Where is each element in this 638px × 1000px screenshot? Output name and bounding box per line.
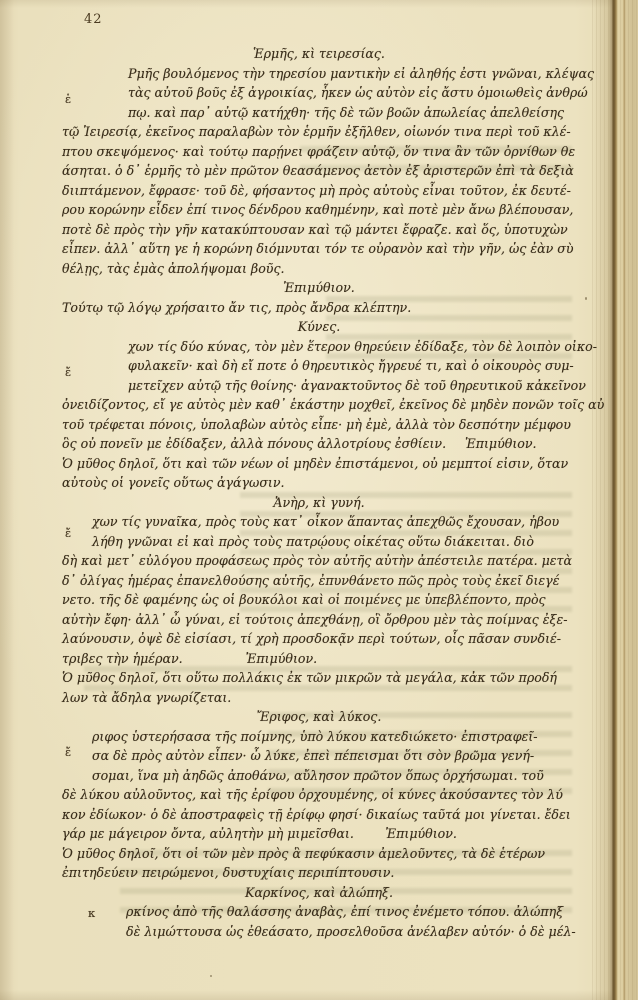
page-number: 42	[84, 12, 103, 27]
text-line: αὐτοὺς οἱ γονεῖς οὕτως ἀγάγωσιν.	[62, 473, 576, 493]
rubrication-guide-letter: ἔ	[65, 743, 71, 763]
text-line: Ρμῆς βουλόμενος τὴν τηρεσίου μαντικὴν εἰ…	[62, 64, 576, 84]
fable-paragraph-2: ἔχων τίς δύο κύνας, τὸν μὲν ἕτερον θηρεύ…	[62, 337, 576, 493]
text-line: διιπτάμενον, ἔφρασε· τοῦ δὲ, φήσαντος μὴ…	[62, 181, 576, 201]
ink-speck	[210, 975, 212, 977]
text-line: ὃς οὐ πονεῖν με ἐδίδαξεν, ἀλλὰ πόνους ἀλ…	[62, 434, 576, 454]
text-line: φυλακεῖν· καὶ δὴ εἴ ποτε ὁ θηρευτικὸς ἤγ…	[62, 356, 576, 376]
text-line: Ὁ μῦθος δηλοῖ, ὅτι οὕτω πολλάκις ἐκ τῶν …	[62, 668, 576, 688]
fable-title-hermes-teiresias: Ἑρμῆς, κὶ τειρεσίας.	[62, 44, 576, 64]
fable-paragraph-4: ἔριφος ὑστερήσασα τῆς ποίμνης, ὑπὸ λύκου…	[62, 727, 576, 883]
text-line: δ᾽ ὀλίγας ἡμέρας ἐπανελθούσης αὐτῆς, ἐπυ…	[62, 571, 576, 591]
book-fore-edge	[592, 0, 638, 1000]
text-line: σομαι, ἵνα μὴ ἀηδῶς ἀποθάνω, αὔλησον πρῶ…	[62, 766, 576, 786]
text-line: ποτὲ δὲ πρὸς τὴν γῆν κατακύπτουσαν καὶ τ…	[62, 220, 576, 240]
text-line: εἶπεν. ἀλλ᾽ αὕτη γε ἡ κορώνη διόμνυται τ…	[62, 239, 576, 259]
fable-title-crab-and-fox: Καρκίνος, καὶ ἀλώπηξ.	[62, 883, 576, 903]
text-line: ἐπιτηδεύειν πειρώμενοι, δυστυχίαις περιπ…	[62, 863, 576, 883]
text-line: πτου σκεψόμενος· καὶ τούτῳ παρῄνει φράζε…	[62, 142, 576, 162]
fable-title-kid-and-wolf: Ἔριφος, καὶ λύκος.	[62, 707, 576, 727]
text-line: τῷ Ἰειρεσίᾳ, ἐκεῖνος παραλαβὼν τὸν ἑρμῆν…	[62, 122, 576, 142]
text-line: σα δὲ πρὸς αὐτὸν εἶπεν· ὦ λύκε, ἐπεὶ πέπ…	[62, 746, 576, 766]
text-line: τὰς αὐτοῦ βοῦς ἐξ ἀγροικίας, ἧκεν ὡς αὐτ…	[62, 83, 576, 103]
text-line: ὀνειδίζοντος, εἴ γε αὐτὸς μὲν καθ᾽ ἑκάστ…	[62, 395, 576, 415]
text-line: ριφος ὑστερήσασα τῆς ποίμνης, ὑπὸ λύκου …	[62, 727, 576, 747]
text-line: θέλῃς, τὰς ἐμὰς ἀπολήψομαι βοῦς.	[62, 259, 576, 279]
text-line: Ὁ μῦθος δηλοῖ, ὅτι οἱ τῶν μὲν πρὸς ἃ πεφ…	[62, 844, 576, 864]
rubrication-guide-letter: ἑ	[65, 90, 71, 110]
book-page-scan: 42 Ἑρμῆς, κὶ τειρεσίας.ἑΡμῆς βουλόμενος …	[0, 0, 638, 1000]
epimythion-heading: Ἐπιμύθιον.	[62, 278, 576, 298]
text-line: νετο. τῆς δὲ φαμένης ὡς οἱ βουκόλοι καὶ …	[62, 590, 576, 610]
rubrication-guide-letter: ἔ	[65, 363, 71, 383]
text-line: Ὁ μῦθος δηλοῖ, ὅτι καὶ τῶν νέων οἱ μηδὲν…	[62, 454, 576, 474]
text-line: δὲ λύκου αὐλοῦντος, καὶ τῆς ἐρίφου ὀρχου…	[62, 785, 576, 805]
page-top-edge-shadow	[0, 0, 638, 8]
text-line: λων τὰ ἄδηλα γνωρίζεται.	[62, 688, 576, 708]
text-line: μετεῖχεν αὐτῷ τῆς θοίνης· ἀγανακτοῦντος …	[62, 376, 576, 396]
moral-line: Τούτῳ τῷ λόγῳ χρήσαιτο ἄν τις, πρὸς ἄνδρ…	[62, 298, 576, 318]
page-bottom-edge-shadow	[0, 990, 638, 1000]
text-line: δὲ λιμώττουσα ὡς ἐθεάσατο, προσελθοῦσα ἀ…	[62, 922, 576, 942]
fable-paragraph-5: κρκίνος ἀπὸ τῆς θαλάσσης ἀναβὰς, ἐπί τιν…	[62, 902, 576, 941]
text-line: ρκίνος ἀπὸ τῆς θαλάσσης ἀναβὰς, ἐπί τινο…	[62, 902, 576, 922]
text-line: αὐτὴν ἔφη· ἀλλ᾽ ὦ γύναι, εἰ τούτοις ἀπεχ…	[62, 610, 576, 630]
text-line: άσηται. ὁ δ᾽ ἑρμῆς τὸ μὲν πρῶτον θεασάμε…	[62, 161, 576, 181]
fable-title-dogs: Κύνες.	[62, 317, 576, 337]
fable-title-man-and-wife: Ἀνὴρ, κὶ γυνή.	[62, 493, 576, 513]
text-line: λήθη γνῶναι εἰ καὶ πρὸς τοὺς πατρῴους οἰ…	[62, 532, 576, 552]
fable-paragraph-1: ἑΡμῆς βουλόμενος τὴν τηρεσίου μαντικὴν ε…	[62, 64, 576, 279]
text-block: Ἑρμῆς, κὶ τειρεσίας.ἑΡμῆς βουλόμενος τὴν…	[62, 44, 576, 941]
text-line: γάρ με μάγειρον ὄντα, αὐλητὴν μὴ μιμεῖσθ…	[62, 824, 576, 844]
rubrication-guide-letter: κ	[88, 904, 95, 924]
text-line: χων τίς γυναῖκα, πρὸς τοὺς κατ᾽ οἶκον ἅπ…	[62, 512, 576, 532]
text-line: δὴ καὶ μετ᾽ εὐλόγου προφάσεως πρὸς τὸν α…	[62, 551, 576, 571]
text-line: τριβες τὴν ἡμέραν. Ἐπιμύθιον.	[62, 649, 576, 669]
rubrication-guide-letter: ἔ	[65, 524, 71, 544]
page-left-edge-shadow	[0, 0, 14, 1000]
text-line: ρου κορώνην εἶδεν ἐπί τινος δένδρου καθη…	[62, 200, 576, 220]
text-line: τοῦ τρέφεται πόνοις, ὑπολαβὼν αὐτὸς εἶπε…	[62, 415, 576, 435]
text-line: κον ἐδίωκον· ὁ δὲ ἀποστραφεὶς τῇ ἐρίφῳ φ…	[62, 805, 576, 825]
ink-speck	[585, 297, 587, 300]
text-line: πῳ. καὶ παρ᾽ αὐτῷ κατήχθη· τῆς δὲ τῶν βο…	[62, 103, 576, 123]
text-line: λαύνουσιν, ὀψὲ δὲ εἰσίασι, τί χρὴ προσδο…	[62, 629, 576, 649]
fable-paragraph-3: ἔχων τίς γυναῖκα, πρὸς τοὺς κατ᾽ οἶκον ἅ…	[62, 512, 576, 707]
text-line: χων τίς δύο κύνας, τὸν μὲν ἕτερον θηρεύε…	[62, 337, 576, 357]
